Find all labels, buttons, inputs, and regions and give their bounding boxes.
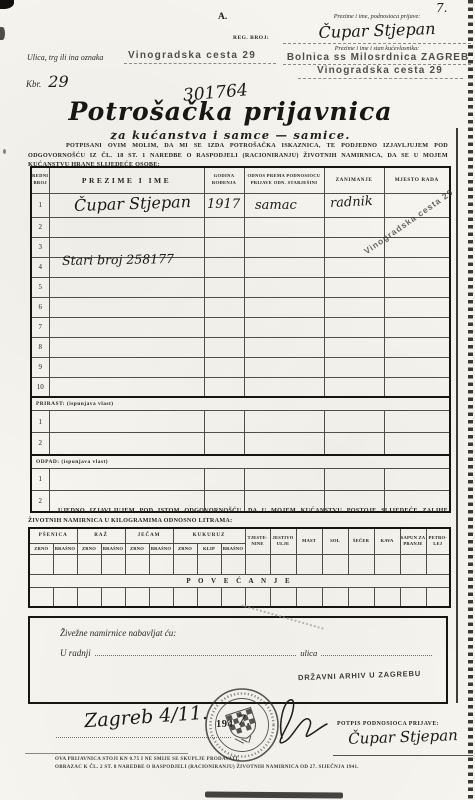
supply-cell [270,554,296,574]
cell [384,297,450,317]
supply-cell [53,554,77,574]
cell [244,297,324,317]
sub-header: BRAŠNO [53,543,77,554]
cell [384,337,450,357]
cell [244,257,324,277]
supply-cell [374,554,400,574]
cell [384,237,450,257]
household-table: REDNI BROJ PREZIME I IME GODINA ROĐENJA … [30,166,451,513]
cell [49,317,204,337]
table-row: 8 [31,337,450,357]
group-header: JEČAM [125,528,173,543]
cell [49,277,204,297]
supply-cell [221,554,245,574]
cell [384,317,450,337]
cell [244,277,324,297]
supply-cell [77,587,101,607]
supply-cell [245,587,270,607]
group-header: KUKURUZ [173,528,245,543]
signature-line [333,755,473,756]
supply-cell [29,587,53,607]
signature-name-handwritten: Čupar Stjepan [332,726,475,749]
cell [49,217,204,237]
signature-label: POTPIS PODNOSIOCA PRIJAVE: [337,721,439,727]
house-no-value-handwritten: 29 [48,72,68,91]
cell [324,377,384,397]
row1-birth-handwritten: 1917 [207,197,240,212]
cell [324,317,384,337]
row-number: 2 [31,433,49,455]
increase-label: P O V E Ć A N J E [29,574,450,587]
supply-cell [197,587,221,607]
header-cell: MJESTO RADA [384,167,450,193]
cell [204,337,244,357]
cell [204,217,244,237]
form-line [124,63,276,64]
header-cell: GODINA ROĐENJA [204,167,244,193]
value-row [29,554,450,574]
cell [204,237,244,257]
table-row: 6 [31,297,450,317]
supply-cell [149,554,173,574]
supply-cell [322,554,348,574]
column-header: MAST [296,528,322,554]
archive-stamp: DRŽAVNI ARHIV U ZAGREBU [298,669,421,682]
cell [384,433,450,455]
supply-cell [77,554,101,574]
cell [204,433,244,455]
supply-cell [173,587,197,607]
supply-cell [149,587,173,607]
supply-cell [348,587,374,607]
supply-cell [270,587,296,607]
header-cell: REDNI BROJ [31,167,49,193]
cell [324,217,384,237]
row1-relation-handwritten: samac [255,198,297,213]
table-row: 7 [31,317,450,337]
supply-cell [101,554,125,574]
cell [324,468,384,490]
cell [244,337,324,357]
cell [204,357,244,377]
supply-cell [245,554,270,574]
owner-name-stamp: Bolnica ss Milosrdnica ZAGREB [283,52,473,63]
row-number: 4 [31,257,49,277]
supply-cell [400,587,426,607]
fill-dots [95,655,296,656]
supply-cell [29,554,53,574]
form-subtitle: za kućanstva i samce — samice. [0,128,461,142]
sub-header: KLIP [197,543,221,554]
row1-occupation-handwritten: radnik [330,194,373,211]
cell [204,257,244,277]
cell [204,468,244,490]
group-header-row: PŠENICA RAŽ JEČAM KUKURUZ TJESTE- NINE J… [29,528,450,543]
column-header: ŠEĆER [348,528,374,554]
group-header: RAŽ [77,528,125,543]
scan-artifact-corner [0,0,14,9]
cell [244,433,324,455]
place-date-handwritten: Zagreb 4/11. [83,702,208,733]
street-value-stamp: Vinogradska cesta 29 [128,50,256,61]
supply-cell [348,554,374,574]
scan-artifact-dot [3,149,6,154]
header-row: REDNI BROJ PREZIME I IME GODINA ROĐENJA … [31,167,450,193]
prirast-label-row: PRIRAST: (ispunjava vlast) [31,397,450,411]
supply-cell [400,554,426,574]
row-number: 1 [31,193,49,217]
purchase-heading: Živežne namirnice nabavljat ću: [60,628,176,638]
house-no-label: Kbr. [26,79,41,89]
street-label: Ulica, trg ili ina oznaka [27,53,103,62]
cell [384,357,450,377]
sub-header: BRAŠNO [221,543,245,554]
section-a-label: A. [218,12,227,22]
supply-cell [197,554,221,574]
reg-broj-label: REG. BROJ: [233,35,269,41]
cell [49,357,204,377]
supply-cell [426,587,450,607]
column-header: SAPUN ZA PRANJE [400,528,426,554]
cell [244,217,324,237]
supply-cell [173,554,197,574]
supplies-table: PŠENICA RAŽ JEČAM KUKURUZ TJESTE- NINE J… [28,527,451,608]
supply-cell [322,587,348,607]
supply-cell [426,554,450,574]
cell [49,468,204,490]
increase-row: P O V E Ć A N J E [29,574,450,587]
section-label: PRIRAST: (ispunjava vlast) [31,397,450,411]
sub-header: BRAŠNO [101,543,125,554]
fine-print-line2: OBRAZAC K ČL. 2 ST. 8 NAREDBE O RASPODJE… [55,765,359,770]
cell [244,377,324,397]
cell [49,433,204,455]
house-number: Kbr. 29 [26,72,69,92]
row-number: 3 [31,237,49,257]
row-number: 9 [31,357,49,377]
table-row: 2 [31,433,450,455]
fine-print-line1: OVA PRIJAVNICA STOJI KN 0.75 I NE SMIJE … [55,757,239,762]
header-cell: ZANIMANJE [324,167,384,193]
purchase-fill-line: U radnji ulica [60,648,436,658]
cell [49,297,204,317]
row-number: 1 [31,468,49,490]
cell [384,377,450,397]
sub-header: ZRNO [173,543,197,554]
cell [204,377,244,397]
supplies-paragraph: UJEDNO IZJAVLJUJEM POD ISTOM ODGOVORNOŠĆ… [28,506,448,525]
sub-header: ZRNO [29,543,53,554]
row-number: 6 [31,297,49,317]
row-number: 7 [31,317,49,337]
column-header: SOL [322,528,348,554]
value-row [29,587,450,607]
supply-cell [296,587,322,607]
row-number: 2 [31,217,49,237]
scanned-form-page: 7. A. REG. BROJ: Prezime i ime, podnosio… [0,0,475,800]
cell [324,257,384,277]
supply-cell [296,554,322,574]
header-cell: PREZIME I IME [49,167,204,193]
perforated-edge [468,0,473,800]
cell [244,357,324,377]
column-header: PETRO- LEJ [426,528,450,554]
signature-scribble [268,694,330,750]
row4-note-handwritten: Stari broj 258177 [62,251,174,268]
applicant-name-handwritten: Čupar Stjepan [283,18,472,44]
fine-print-rule [25,753,188,754]
sub-header: ZRNO [77,543,101,554]
cell [49,377,204,397]
form-title: Potrošačka prijavnica [0,97,461,126]
cell [49,411,204,433]
table-row: 1 [31,411,450,433]
cell [244,411,324,433]
table-row: 9 [31,357,450,377]
scan-artifact-smudge [205,792,343,799]
cell [384,468,450,490]
column-header: KAVA [374,528,400,554]
cell [324,411,384,433]
cell [324,277,384,297]
cell [204,317,244,337]
cell [244,468,324,490]
cell [204,277,244,297]
column-header: JESTIVO ULJE [270,528,296,554]
cell [324,357,384,377]
cell [324,433,384,455]
row-number: 5 [31,277,49,297]
supply-cell [374,587,400,607]
cell [324,337,384,357]
odpad-label-row: ODPAD: (ispunjava vlast) [31,455,450,469]
street-fill-label: ulica [300,648,317,658]
cell [244,317,324,337]
section-label: ODPAD: (ispunjava vlast) [31,455,450,469]
row-number: 10 [31,377,49,397]
cell [244,237,324,257]
header-cell: ODNOS PREMA PODNOSIOCU PRIJAVE ODN. STAR… [244,167,324,193]
supply-cell [125,554,149,574]
shop-label: U radnji [60,648,91,658]
form-line [283,43,471,44]
table-row: 5 [31,277,450,297]
owner-label: Prezime i ime i stan kućevlasnika: [283,45,471,52]
fill-dots [321,655,432,656]
sub-header: ZRNO [125,543,149,554]
scan-artifact-edge [0,27,5,40]
cell [324,297,384,317]
supply-cell [125,587,149,607]
column-header: TJESTE- NINE [245,528,270,554]
cell [204,297,244,317]
row-number: 1 [31,411,49,433]
table-row: 10 [31,377,450,397]
cell [384,411,450,433]
supply-cell [101,587,125,607]
form-line [298,78,463,79]
group-header: PŠENICA [29,528,77,543]
cell [384,277,450,297]
table-row: 1 [31,468,450,490]
row-number: 8 [31,337,49,357]
supply-cell [53,587,77,607]
cell [49,337,204,357]
cell [384,257,450,277]
sub-header: BRAŠNO [149,543,173,554]
owner-address-stamp: Vinogradska cesta 29 [300,65,460,76]
cell [204,411,244,433]
page-edge-line [456,128,458,703]
